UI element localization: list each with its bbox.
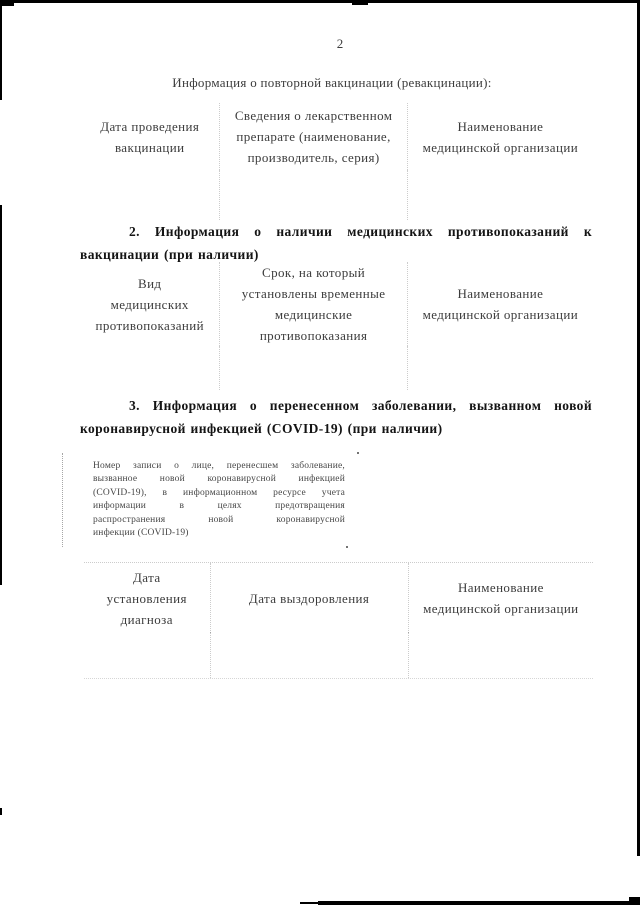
note-line: вызванное новой коронавирусной инфекцией	[93, 473, 345, 486]
section-2-heading-line1: 2. Информация о наличии медицинских прот…	[80, 220, 592, 243]
header-cell-recovery-date: Дата выздоровления	[210, 563, 409, 633]
scan-top-edge-bar	[0, 0, 640, 3]
header-line: Наименование	[409, 577, 593, 598]
empty-cell	[408, 170, 593, 220]
header-line: Наименование	[408, 283, 593, 304]
note-line: Номер записи о лице, перенесшем заболева…	[93, 460, 345, 473]
header-cell-medical-org: Наименование медицинской организации	[409, 563, 593, 633]
header-line: диагноза	[84, 609, 210, 630]
header-cell-medical-org: Наименование медицинской организации	[408, 262, 593, 346]
illness-table-empty-row	[84, 632, 593, 679]
revaccination-table-header: Дата проведения вакцинации Сведения о ле…	[80, 103, 593, 170]
empty-cell	[219, 170, 407, 220]
header-cell-contraindication-type: Вид медицинских противопоказаний	[80, 262, 219, 346]
scan-bottom-right-blob	[629, 897, 640, 905]
empty-cell	[219, 346, 407, 390]
header-line: Дата выздоровления	[211, 588, 408, 609]
header-line: медицинских	[80, 294, 219, 315]
empty-cell	[408, 346, 593, 390]
header-line: Наименование	[408, 116, 593, 137]
header-line: Дата проведения	[80, 116, 219, 137]
page-number: 2	[300, 36, 380, 52]
empty-cell	[409, 632, 593, 678]
header-line: препарате (наименование,	[220, 126, 406, 147]
contraindications-table-empty-row	[80, 346, 593, 390]
illness-table-header: Дата установления диагноза Дата выздоров…	[84, 562, 593, 633]
header-line: Дата	[84, 567, 210, 588]
header-line: медицинской организации	[409, 598, 593, 619]
header-line: Срок, на который	[220, 262, 406, 283]
scan-left-edge-upper	[0, 0, 2, 100]
note-line: информации в целях предотвращения	[93, 500, 345, 513]
section-3-heading: 3. Информация о перенесенном заболевании…	[80, 394, 592, 440]
header-line: производитель, серия)	[220, 147, 406, 168]
header-cell-diagnosis-date: Дата установления диагноза	[84, 563, 210, 633]
header-line: Вид	[80, 273, 219, 294]
header-line: Сведения о лекарственном	[220, 105, 406, 126]
section-2-heading: 2. Информация о наличии медицинских прот…	[80, 220, 592, 266]
scan-left-edge-mark	[0, 808, 2, 815]
note-line: инфекции (COVID-19)	[93, 527, 345, 540]
contraindications-table-header: Вид медицинских противопоказаний Срок, н…	[80, 262, 593, 346]
scan-bottom-edge-thin	[300, 902, 320, 904]
empty-cell	[80, 346, 219, 390]
header-line: установления	[84, 588, 210, 609]
header-cell-drug-info: Сведения о лекарственном препарате (наим…	[219, 103, 407, 170]
record-number-note-text: Номер записи о лице, перенесшем заболева…	[93, 460, 345, 540]
scan-left-edge-mid	[0, 205, 2, 585]
empty-cell	[84, 632, 210, 678]
empty-cell	[210, 632, 409, 678]
header-line: установлены временные	[220, 283, 406, 304]
header-cell-medical-org: Наименование медицинской организации	[408, 103, 593, 170]
header-line: вакцинации	[80, 137, 219, 158]
scan-bottom-edge-bar	[318, 901, 640, 905]
header-line: противопоказаний	[80, 315, 219, 336]
header-line: противопоказания	[220, 325, 406, 346]
section-3-heading-line2: коронавирусной инфекцией (COVID-19) (при…	[80, 417, 592, 440]
scan-top-left-blob	[0, 0, 14, 6]
section-3-heading-line1: 3. Информация о перенесенном заболевании…	[80, 394, 592, 417]
document-title: Информация о повторной вакцинации (ревак…	[32, 72, 632, 93]
scanned-document-page: 2 Информация о повторной вакцинации (рев…	[0, 0, 640, 905]
note-line: распространения новой коронавирусной	[93, 514, 345, 527]
record-number-note-cell: Номер записи о лице, перенесшем заболева…	[62, 453, 363, 547]
scan-top-edge-notch	[352, 0, 368, 5]
header-line: медицинской организации	[408, 304, 593, 325]
revaccination-table-empty-row	[80, 170, 593, 220]
header-line: медицинские	[220, 304, 406, 325]
header-cell-vaccination-date: Дата проведения вакцинации	[80, 103, 219, 170]
note-line: (COVID-19), в информационном ресурсе уче…	[93, 487, 345, 500]
header-cell-contraindication-term: Срок, на который установлены временные м…	[219, 262, 407, 346]
empty-cell	[80, 170, 219, 220]
header-line: медицинской организации	[408, 137, 593, 158]
